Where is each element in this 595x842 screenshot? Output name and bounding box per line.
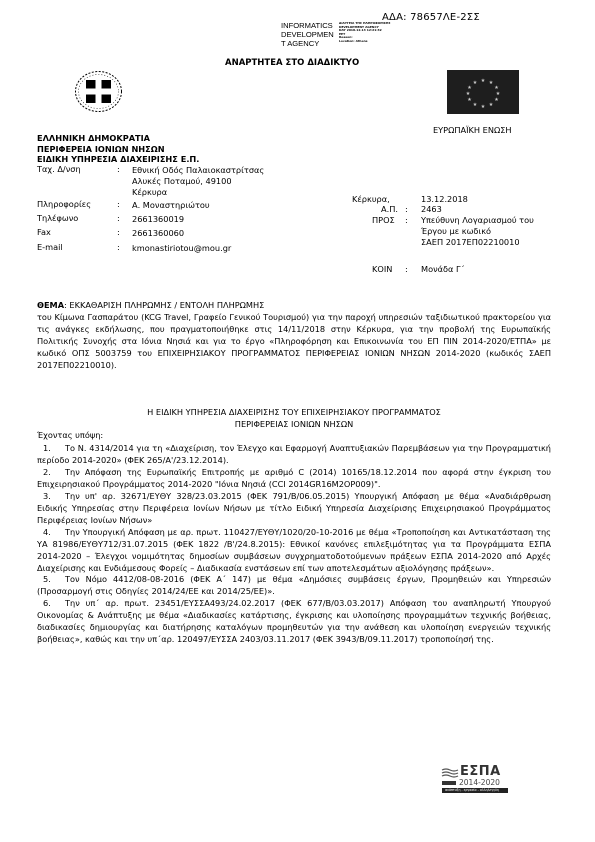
svg-text:★: ★ — [466, 91, 471, 97]
espa-years: 2014-2020 — [459, 778, 500, 787]
phone-label: Τηλέφωνο — [37, 214, 78, 224]
ref-value: 2463 — [421, 205, 442, 215]
subject-body: του Κίμωνα Γασπαράτου (KCG Travel, Γραφε… — [37, 312, 551, 372]
fax-value: 2661360060 — [132, 228, 184, 239]
separator: : — [117, 214, 120, 224]
email-link[interactable]: kmonastiriotou@mou.gr — [132, 243, 231, 254]
to-line: Έργου με κωδικό — [421, 227, 491, 237]
digital-signature-stamp: ΔΙΑΥΓΕΙΑ ΤΗΣ ΠΛΗΡΟΦΟΡΙΚΗΣ DEVELOPMENT AG… — [339, 22, 399, 44]
subject-block: ΘΕΜΑ: ΕΚΚΑΘΑΡΙΣΗ ΠΛΗΡΩΜΗΣ / ΕΝΤΟΛΗ ΠΛΗΡΩ… — [37, 300, 551, 371]
svg-text:★: ★ — [489, 102, 494, 108]
separator: : — [117, 228, 120, 238]
ida-logo-line: INFORMATICS — [281, 21, 334, 30]
item-number: 3. — [37, 491, 65, 503]
item-text: Το Ν. 4314/2014 για τη «Διαχείριση, τον … — [37, 443, 551, 465]
list-item: 5.Τον Νόμο 4412/08-08-2016 (ΦΕΚ Α΄ 147) … — [37, 574, 551, 598]
separator: : — [405, 205, 408, 215]
subject-heading: ΘΕΜΑ: ΕΚΚΑΘΑΡΙΣΗ ΠΛΗΡΩΜΗΣ / ΕΝΤΟΛΗ ΠΛΗΡΩ… — [37, 300, 551, 312]
svg-text:★: ★ — [473, 102, 478, 108]
posted-banner: ΑΝΑΡΤΗΤΕΑ ΣΤΟ ΔΙΑΔΙΚΤΥΟ — [225, 58, 359, 68]
to-line: Υπεύθυνη Λογαριασμού του — [421, 216, 534, 226]
address-value: Εθνική Οδός Παλαιοκαστρίτσας Αλυκές Ποτα… — [132, 165, 264, 198]
svg-text:★: ★ — [467, 97, 472, 103]
fax-label: Fax — [37, 228, 51, 238]
separator: : — [117, 200, 120, 210]
svg-text:★: ★ — [494, 97, 499, 103]
address-line: Αλυκές Ποταμού, 49100 — [132, 176, 264, 187]
svg-text:★: ★ — [481, 104, 486, 110]
item-text: Τον Νόμο 4412/08-08-2016 (ΦΕΚ Α΄ 147) με… — [37, 574, 551, 596]
svg-text:★: ★ — [489, 80, 494, 86]
eu-label: ΕΥΡΩΠΑΪΚΗ ΕΝΩΣΗ — [433, 126, 512, 136]
item-text: Την υπ΄ αρ. πρωτ. 23451/ΕΥΣΣΑ493/24.02.2… — [37, 598, 551, 644]
list-item: 4.Την Υπουργική Απόφαση με αρ. πρωτ. 110… — [37, 527, 551, 575]
info-value: Α. Μοναστηριώτου — [132, 200, 210, 211]
considering-list: 1.Το Ν. 4314/2014 για τη «Διαχείριση, το… — [37, 443, 551, 646]
org-line: ΠΕΡΙΦΕΡΕΙΑ ΙΟΝΙΩΝ ΝΗΣΩΝ — [37, 144, 199, 155]
organization-block: ΕΛΛΗΝΙΚΗ ΔΗΜΟΚΡΑΤΙΑ ΠΕΡΙΦΕΡΕΙΑ ΙΟΝΙΩΝ ΝΗ… — [37, 133, 199, 165]
eu-flag-icon: ★ ★ ★ ★ ★ ★ ★ ★ ★ ★ ★ ★ — [447, 70, 519, 114]
svg-text:★: ★ — [467, 85, 472, 91]
item-number: 2. — [37, 467, 65, 479]
svg-text:★: ★ — [473, 80, 478, 86]
considering-intro: Έχοντας υπόψη: — [37, 431, 103, 441]
org-line: ΕΛΛΗΝΙΚΗ ΔΗΜΟΚΡΑΤΙΑ — [37, 133, 199, 144]
item-number: 1. — [37, 443, 65, 455]
list-item: 2.Την Απόφαση της Ευρωπαϊκής Επιτροπής μ… — [37, 467, 551, 491]
cc-label: ΚΟΙΝ — [372, 265, 392, 275]
info-label: Πληροφορίες — [37, 200, 91, 210]
authority-line: Η ΕΙΔΙΚΗ ΥΠΗΡΕΣΙΑ ΔΙΑΧΕΙΡΙΣΗΣ ΤΟΥ ΕΠΙΧΕΙ… — [37, 407, 551, 419]
item-number: 5. — [37, 574, 65, 586]
ida-logo: INFORMATICS DEVELOPMEN T AGENCY — [281, 21, 334, 48]
ida-logo-line: T AGENCY — [281, 39, 334, 48]
address-line: Εθνική Οδός Παλαιοκαστρίτσας — [132, 165, 264, 176]
address-label: Ταχ. Δ/νση — [37, 165, 81, 175]
item-number: 6. — [37, 598, 65, 610]
separator: : — [405, 216, 408, 226]
separator: : — [405, 265, 408, 275]
cc-value: Μονάδα Γ΄ — [421, 265, 465, 275]
to-label: ΠΡΟΣ — [372, 216, 395, 226]
item-text: Την υπ' αρ. 32671/ΕΥΘΥ 328/23.03.2015 (Φ… — [37, 491, 551, 525]
ida-logo-line: DEVELOPMEN — [281, 30, 334, 39]
espa-logo: ΕΣΠΑ 2014-2020 ανάπτυξη - εργασία - αλλη… — [440, 766, 510, 796]
list-item: 1.Το Ν. 4314/2014 για τη «Διαχείριση, το… — [37, 443, 551, 467]
signature-line: Location: Athens — [339, 40, 399, 44]
ref-label: Α.Π. — [381, 205, 398, 215]
separator: : — [117, 165, 120, 175]
subject-label: ΘΕΜΑ — [37, 300, 64, 310]
item-text: Την Απόφαση της Ευρωπαϊκής Επιτροπής με … — [37, 467, 551, 489]
authority-title: Η ΕΙΔΙΚΗ ΥΠΗΡΕΣΙΑ ΔΙΑΧΕΙΡΙΣΗΣ ΤΟΥ ΕΠΙΧΕΙ… — [37, 407, 551, 430]
svg-text:★: ★ — [481, 78, 486, 84]
phone-value: 2661360019 — [132, 214, 184, 225]
subject-title: : ΕΚΚΑΘΑΡΙΣΗ ΠΛΗΡΩΜΗΣ / ΕΝΤΟΛΗ ΠΛΗΡΩΜΗΣ — [64, 300, 264, 310]
separator: : — [117, 243, 120, 253]
authority-line: ΠΕΡΙΦΕΡΕΙΑΣ ΙΟΝΙΩΝ ΝΗΣΩΝ — [37, 419, 551, 431]
item-text: Την Υπουργική Απόφαση με αρ. πρωτ. 11042… — [37, 527, 551, 573]
email-label: E-mail — [37, 243, 63, 253]
item-number: 4. — [37, 527, 65, 539]
to-line: ΣΑΕΠ 2017ΕΠ02210010 — [421, 238, 520, 248]
espa-tagline: ανάπτυξη - εργασία - αλληλεγγύη — [445, 789, 499, 793]
greek-emblem-icon — [71, 69, 126, 114]
list-item: 6.Την υπ΄ αρ. πρωτ. 23451/ΕΥΣΣΑ493/24.02… — [37, 598, 551, 646]
list-item: 3.Την υπ' αρ. 32671/ΕΥΘΥ 328/23.03.2015 … — [37, 491, 551, 527]
org-line: ΕΙΔΙΚΗ ΥΠΗΡΕΣΙΑ ΔΙΑΧΕΙΡΙΣΗΣ Ε.Π. — [37, 154, 199, 165]
address-line: Κέρκυρα — [132, 187, 264, 198]
